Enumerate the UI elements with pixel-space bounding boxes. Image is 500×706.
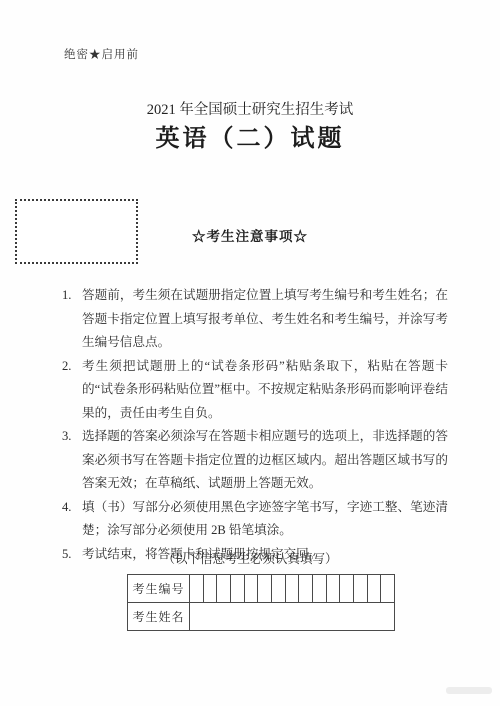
notice-item: 2. 考生须把试题册上的“试卷条形码”粘贴条取下，粘贴在答题卡的“试卷条形码粘贴… (62, 355, 448, 426)
notice-number: 2. (62, 355, 71, 379)
number-digit-cell (258, 575, 272, 603)
number-digit-cell (217, 575, 231, 603)
notice-list: 1. 答题前，考生须在试题册指定位置上填写考生编号和考生姓名；在答题卡指定位置上… (62, 284, 448, 566)
notice-text: 填（书）写部分必须使用黑色字迹签字笔书写，字迹工整、笔迹清楚；涂写部分必须使用 … (82, 500, 448, 538)
number-digit-cell (381, 575, 395, 603)
watermark-smudge (446, 687, 492, 694)
number-digit-cell (340, 575, 354, 603)
fill-in-instruction: （以下信息考生必须认真填写） (0, 549, 500, 567)
number-digit-cell (203, 575, 217, 603)
number-digit-cell (244, 575, 258, 603)
number-digit-cell (299, 575, 313, 603)
exam-session-title: 2021 年全国硕士研究生招生考试 (0, 98, 500, 119)
exam-paper-title: 英语（二）试题 (0, 118, 500, 153)
notice-text: 选择题的答案必须涂写在答题卡相应题号的选项上，非选择题的答案必须书写在答题卡指定… (82, 429, 448, 490)
candidate-name-label: 考生姓名 (128, 603, 190, 631)
notice-number: 4. (62, 496, 71, 520)
candidate-number-label: 考生编号 (128, 575, 190, 603)
candidate-name-row: 考生姓名 (128, 603, 395, 631)
notice-text: 答题前，考生须在试题册指定位置上填写考生编号和考生姓名；在答题卡指定位置上填写报… (82, 288, 448, 349)
notice-item: 3. 选择题的答案必须涂写在答题卡相应题号的选项上，非选择题的答案必须书写在答题… (62, 425, 448, 496)
candidate-number-row: 考生编号 (128, 575, 395, 603)
candidate-info-table: 考生编号 考生姓名 (127, 574, 395, 631)
notice-number: 1. (62, 284, 71, 308)
number-digit-cell (285, 575, 299, 603)
number-digit-cell (353, 575, 367, 603)
number-digit-cell (230, 575, 244, 603)
number-digit-cell (326, 575, 340, 603)
candidate-notice-heading: ☆考生注意事项☆ (0, 225, 500, 245)
security-classification-label: 绝密★启用前 (64, 46, 139, 62)
notice-item: 1. 答题前，考生须在试题册指定位置上填写考生编号和考生姓名；在答题卡指定位置上… (62, 284, 448, 355)
notice-number: 3. (62, 425, 71, 449)
notice-item: 4. 填（书）写部分必须使用黑色字迹签字笔书写，字迹工整、笔迹清楚；涂写部分必须… (62, 496, 448, 543)
candidate-name-cell (190, 603, 395, 631)
number-digit-cell (312, 575, 326, 603)
number-digit-cell (271, 575, 285, 603)
notice-text: 考生须把试题册上的“试卷条形码”粘贴条取下，粘贴在答题卡的“试卷条形码粘贴位置”… (82, 359, 448, 420)
exam-cover-page: 绝密★启用前 2021 年全国硕士研究生招生考试 英语（二）试题 ☆考生注意事项… (0, 0, 500, 706)
number-digit-cell (190, 575, 204, 603)
number-digit-cell (367, 575, 381, 603)
